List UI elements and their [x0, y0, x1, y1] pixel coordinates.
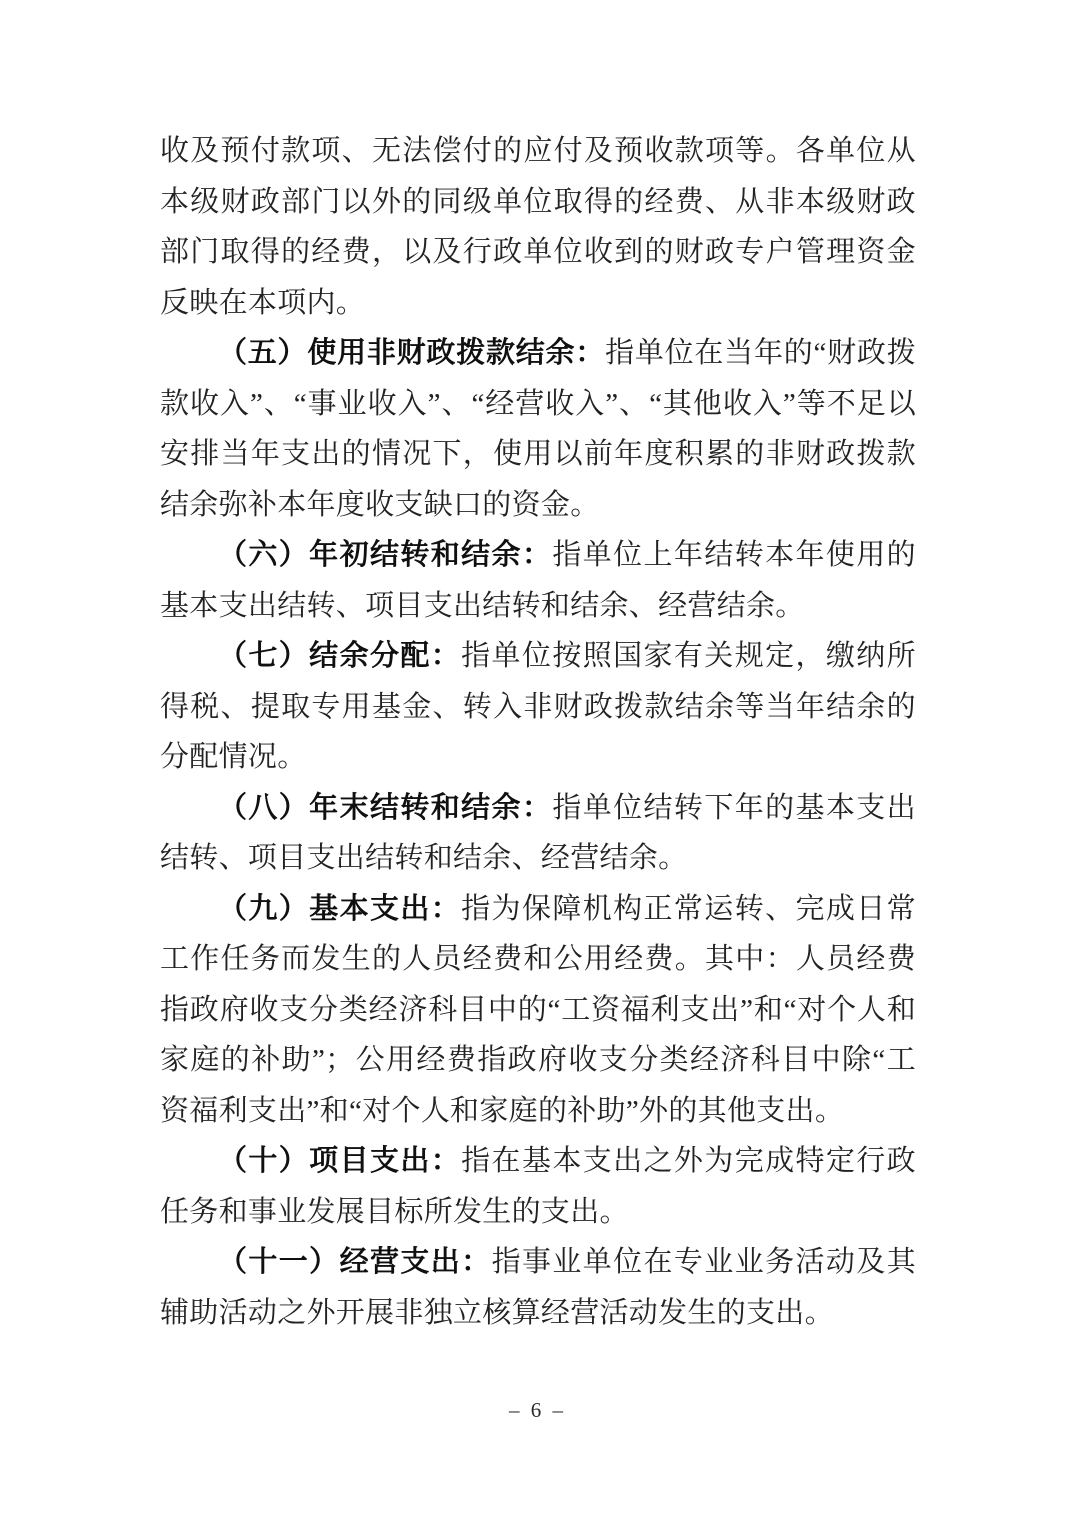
page-number: – 6 –: [0, 1398, 1075, 1423]
section-heading: （五）使用非财政拨款结余：: [218, 337, 605, 369]
paragraph: （九）基本支出：指为保障机构正常运转、完成日常工作任务而发生的人员经费和公用经费…: [160, 884, 916, 1137]
paragraph: 收及预付款项、无法偿付的应付及预收款项等。各单位从本级财政部门以外的同级单位取得…: [160, 126, 916, 328]
paragraph: （十一）经营支出：指事业单位在专业业务活动及其辅助活动之外开展非独立核算经营活动…: [160, 1237, 916, 1338]
paragraph: （十）项目支出：指在基本支出之外为完成特定行政任务和事业发展目标所发生的支出。: [160, 1136, 916, 1237]
paragraph-text: 收及预付款项、无法偿付的应付及预收款项等。各单位从本级财政部门以外的同级单位取得…: [160, 135, 916, 319]
paragraph: （五）使用非财政拨款结余：指单位在当年的“财政拨款收入”、“事业收入”、“经营收…: [160, 328, 916, 530]
section-heading: （六）年初结转和结余：: [218, 539, 552, 571]
paragraph: （七）结余分配：指单位按照国家有关规定，缴纳所得税、提取专用基金、转入非财政拨款…: [160, 631, 916, 783]
document-body: 收及预付款项、无法偿付的应付及预收款项等。各单位从本级财政部门以外的同级单位取得…: [160, 126, 916, 1338]
section-heading: （十一）经营支出：: [218, 1246, 492, 1278]
section-heading: （八）年末结转和结余：: [218, 792, 552, 824]
page-number-text: – 6 –: [509, 1398, 566, 1422]
section-heading: （十）项目支出：: [218, 1145, 461, 1177]
paragraph: （六）年初结转和结余：指单位上年结转本年使用的基本支出结转、项目支出结转和结余、…: [160, 530, 916, 631]
section-heading: （九）基本支出：: [218, 893, 461, 925]
section-heading: （七）结余分配：: [218, 640, 461, 672]
paragraph: （八）年末结转和结余：指单位结转下年的基本支出结转、项目支出结转和结余、经营结余…: [160, 783, 916, 884]
document-page: 收及预付款项、无法偿付的应付及预收款项等。各单位从本级财政部门以外的同级单位取得…: [0, 0, 1075, 1520]
paragraph-text: 指为保障机构正常运转、完成日常工作任务而发生的人员经费和公用经费。其中：人员经费…: [160, 893, 916, 1127]
